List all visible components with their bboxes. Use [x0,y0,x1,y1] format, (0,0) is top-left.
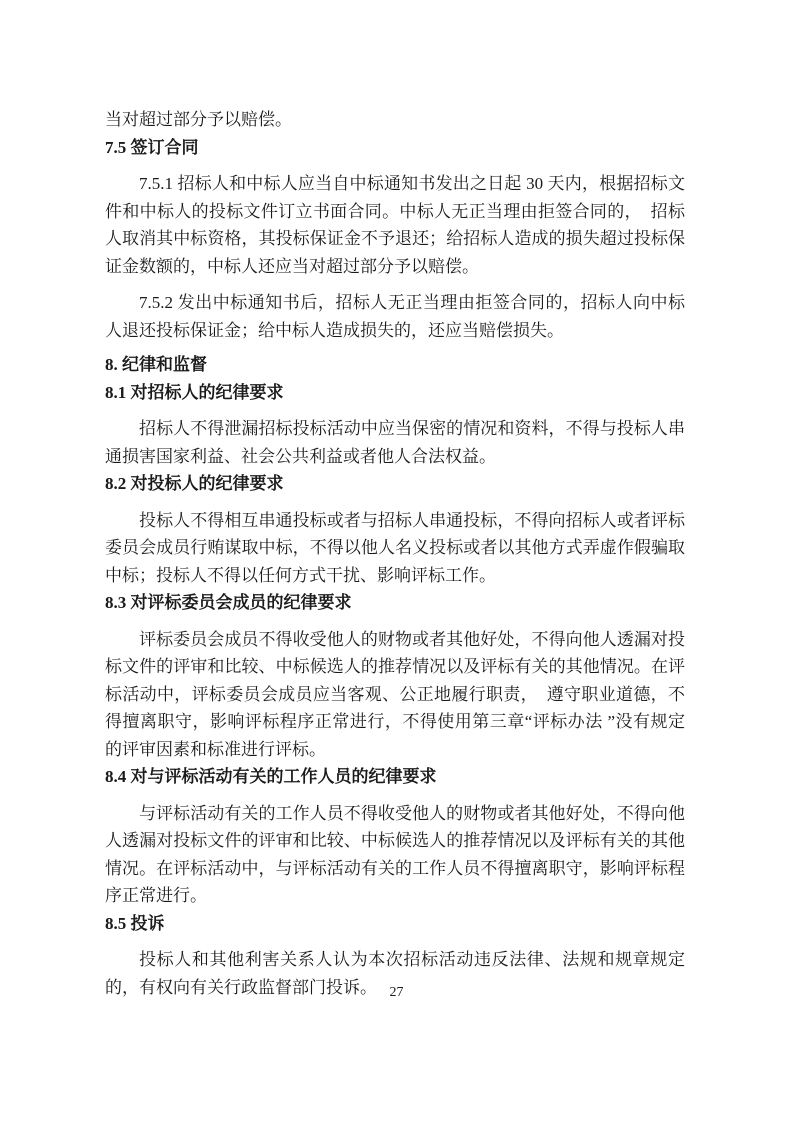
paragraph-8-2: 投标人不得相互串通投标或者与招标人串通投标，不得向招标人或者评标委员会成员行贿谋… [105,507,685,590]
paragraph-7-5-2: 7.5.2 发出中标通知书后，招标人无正当理由拒签合同的，招标人向中标人退还投标… [105,289,685,344]
heading-8-1-tenderer-discipline: 8.1 对招标人的纪律要求 [105,379,685,407]
page-number: 27 [0,984,793,1002]
paragraph-8-3: 评标委员会成员不得收受他人的财物或者其他好处，不得向他人透漏对投标文件的评审和比… [105,626,685,764]
heading-8-3-evaluation-committee-discipline: 8.3 对评标委员会成员的纪律要求 [105,589,685,617]
paragraph-damages-continuation: 当对超过部分予以赔偿。 [105,106,685,134]
paragraph-8-1: 招标人不得泄漏招标投标活动中应当保密的情况和资料，不得与投标人串通损害国家利益、… [105,415,685,470]
paragraph-8-4: 与评标活动有关的工作人员不得收受他人的财物或者其他好处，不得向他人透漏对投标文件… [105,800,685,910]
document-body: 当对超过部分予以赔偿。 7.5 签订合同 7.5.1 招标人和中标人应当自中标通… [105,106,685,1001]
heading-8-discipline-supervision: 8. 纪律和监督 [105,351,685,379]
heading-8-4-related-staff-discipline: 8.4 对与评标活动有关的工作人员的纪律要求 [105,763,685,791]
heading-7-5-sign-contract: 7.5 签订合同 [105,134,685,162]
heading-8-5-complaint: 8.5 投诉 [105,910,685,938]
paragraph-7-5-1: 7.5.1 招标人和中标人应当自中标通知书发出之日起 30 天内，根据招标文件和… [105,170,685,280]
document-page: 当对超过部分予以赔偿。 7.5 签订合同 7.5.1 招标人和中标人应当自中标通… [0,0,793,1122]
heading-8-2-bidder-discipline: 8.2 对投标人的纪律要求 [105,470,685,498]
